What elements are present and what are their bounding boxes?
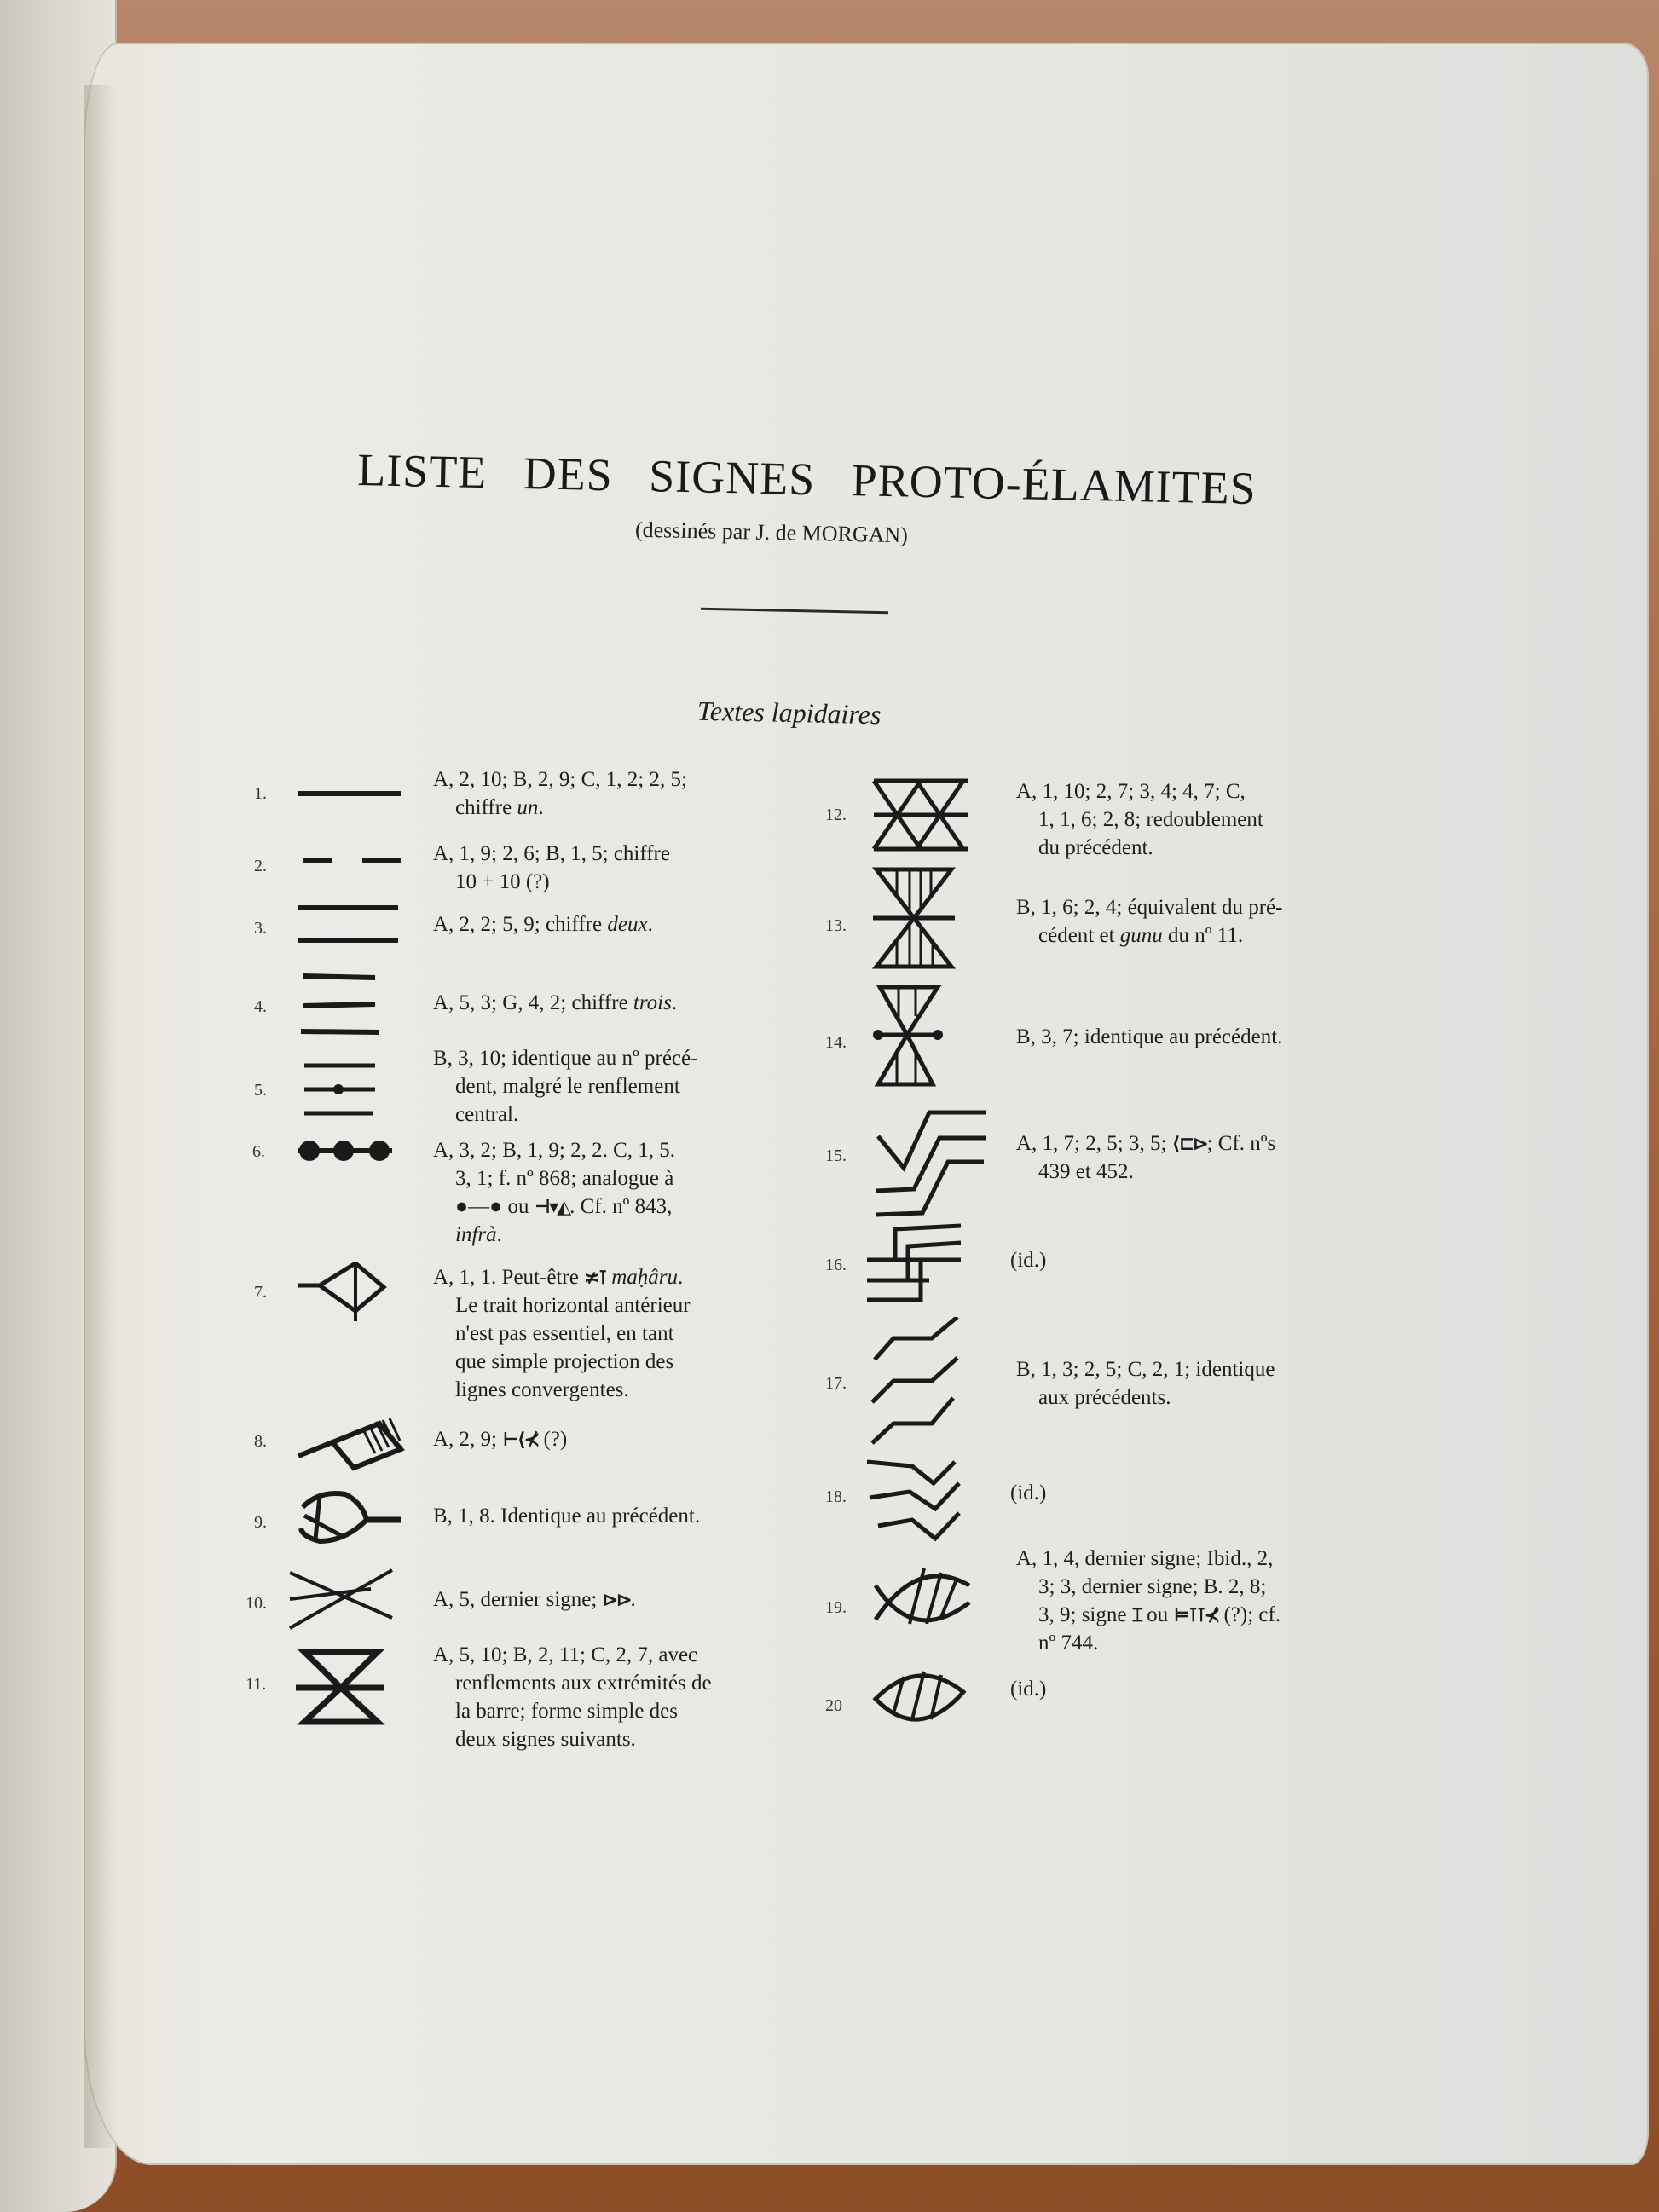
entry-description: B, 3, 7; identique au précédent.: [1016, 1023, 1340, 1051]
hatched-lens-sign-icon: [871, 1666, 969, 1730]
hatched-hourglass-sign-icon: [871, 863, 957, 973]
three-zigzag-steps-sign-icon: [868, 1317, 962, 1453]
entry-number: 2.: [254, 857, 267, 876]
entry-description: A, 3, 2; B, 1, 9; 2, 2. C, 1, 5.3, 1; f.…: [433, 1136, 818, 1249]
title-divider: [701, 608, 888, 615]
entry-number: 12.: [825, 806, 847, 825]
cuneiform-glyph-icon: ⊢⟨⊀: [502, 1429, 538, 1450]
hourglass-with-bar-sign-icon: [294, 1645, 388, 1726]
title-word: PROTO-ÉLAMITES: [851, 454, 1257, 514]
three-horizontal-lines-sign-icon: [294, 963, 405, 1040]
entry-number: 10.: [246, 1594, 267, 1614]
three-wavy-checks-sign-icon: [865, 1453, 968, 1547]
entry-description: A, 5, 10; B, 2, 11; C, 2, 7, avecrenflem…: [433, 1641, 818, 1753]
page-title: LISTE DES SIGNES PROTO-ÉLAMITES: [357, 443, 1228, 514]
crossed-loop-with-handle-sign-icon: [294, 1490, 405, 1550]
entry-number: 11.: [246, 1675, 266, 1695]
entry-description: B, 3, 10; identique au nº précé-dent, ma…: [433, 1044, 818, 1129]
entry-description: A, 5, 3; G, 4, 2; chiffre trois.: [433, 989, 818, 1017]
entry-description: A, 2, 2; 5, 9; chiffre deux.: [433, 910, 818, 939]
single-horizontal-line-sign-icon: [294, 780, 405, 806]
entry-description: A, 1, 9; 2, 6; B, 1, 5; chiffre10 + 10 (…: [433, 840, 818, 896]
entry-description: A, 2, 10; B, 2, 9; C, 1, 2; 2, 5;chiffre…: [433, 765, 818, 822]
entry-description: A, 1, 4, dernier signe; Ibid., 2,3; 3, d…: [1016, 1545, 1357, 1657]
entry-number: 9.: [254, 1513, 267, 1533]
entry-description: A, 1, 1. Peut-être ≭⊺ maḥâru.Le trait ho…: [433, 1263, 818, 1404]
hatched-hourglass-dotted-bar-sign-icon: [871, 982, 957, 1093]
entry-number: 4.: [254, 997, 267, 1017]
double-hourglass-sign-icon: [870, 774, 972, 855]
two-short-dashes-sign-icon: [294, 848, 405, 874]
hatched-fish-sign-icon: [871, 1564, 974, 1637]
entry-number: 6.: [252, 1142, 265, 1162]
entry-description: B, 1, 6; 2, 4; équivalent du pré-cédent …: [1016, 893, 1340, 950]
title-word: SIGNES: [649, 450, 816, 505]
cuneiform-glyph-icon: ⟨⊏⊳: [1172, 1133, 1207, 1154]
entry-number: 17.: [825, 1374, 847, 1394]
cuneiform-glyph-icon: ⊨⊺⊺⊀: [1173, 1604, 1218, 1626]
title-word: DES: [523, 448, 613, 500]
entry-description: (id.): [1010, 1479, 1334, 1507]
entry-description: B, 1, 8. Identique au précédent.: [433, 1502, 818, 1530]
entry-number: 20: [825, 1696, 842, 1716]
three-lines-central-bulge-sign-icon: [294, 1057, 405, 1125]
entry-description: B, 1, 3; 2, 5; C, 2, 1; identiqueaux pré…: [1016, 1355, 1357, 1412]
diamond-with-stem-sign-icon: [294, 1262, 388, 1330]
interlocked-steps-sign-icon: [865, 1219, 968, 1313]
entry-number: 15.: [825, 1146, 847, 1166]
stepped-lines-with-check-sign-icon: [871, 1104, 999, 1223]
entry-description: A, 2, 9; ⊢⟨⊀ (?): [433, 1425, 818, 1453]
entry-description: A, 1, 10; 2, 7; 3, 4; 4, 7; C,1, 1, 6; 2…: [1016, 777, 1340, 862]
title-word: LISTE: [357, 444, 488, 498]
section-heading: Textes lapidaires: [697, 696, 882, 731]
bar-with-three-dots-sign-icon: [294, 1134, 396, 1168]
entry-number: 1.: [254, 784, 267, 804]
entry-number: 8.: [254, 1432, 267, 1452]
cuneiform-glyph-icon: ⌶: [1132, 1604, 1142, 1626]
cuneiform-glyph-icon: ≭⊺: [584, 1267, 606, 1288]
entry-number: 19.: [825, 1598, 847, 1618]
entry-number: 14.: [825, 1033, 847, 1053]
entry-number: 7.: [254, 1283, 267, 1302]
entry-description: (id.): [1010, 1246, 1334, 1274]
entry-number: 5.: [254, 1081, 267, 1100]
page-content: LISTE DES SIGNES PROTO-ÉLAMITES (dessiné…: [0, 0, 1659, 2212]
cuneiform-glyph-icon: ⊳⊳: [603, 1589, 631, 1610]
cuneiform-glyph-icon: ⊣▾◭: [535, 1196, 569, 1217]
crossed-lines-sign-icon: [286, 1568, 396, 1637]
entry-number: 18.: [825, 1487, 847, 1507]
entry-description: A, 1, 7; 2, 5; 3, 5; ⟨⊏⊳; Cf. nºs439 et …: [1016, 1129, 1357, 1186]
two-horizontal-lines-sign-icon: [294, 899, 405, 950]
entry-number: 16.: [825, 1256, 847, 1275]
entry-number: 13.: [825, 916, 847, 936]
entry-number: 3.: [254, 919, 267, 939]
hatched-vessel-sign-icon: [294, 1415, 405, 1475]
entry-description: (id.): [1010, 1675, 1334, 1703]
entry-description: A, 5, dernier signe; ⊳⊳.: [433, 1585, 818, 1614]
page-subtitle: (dessinés par J. de MORGAN): [635, 517, 908, 549]
